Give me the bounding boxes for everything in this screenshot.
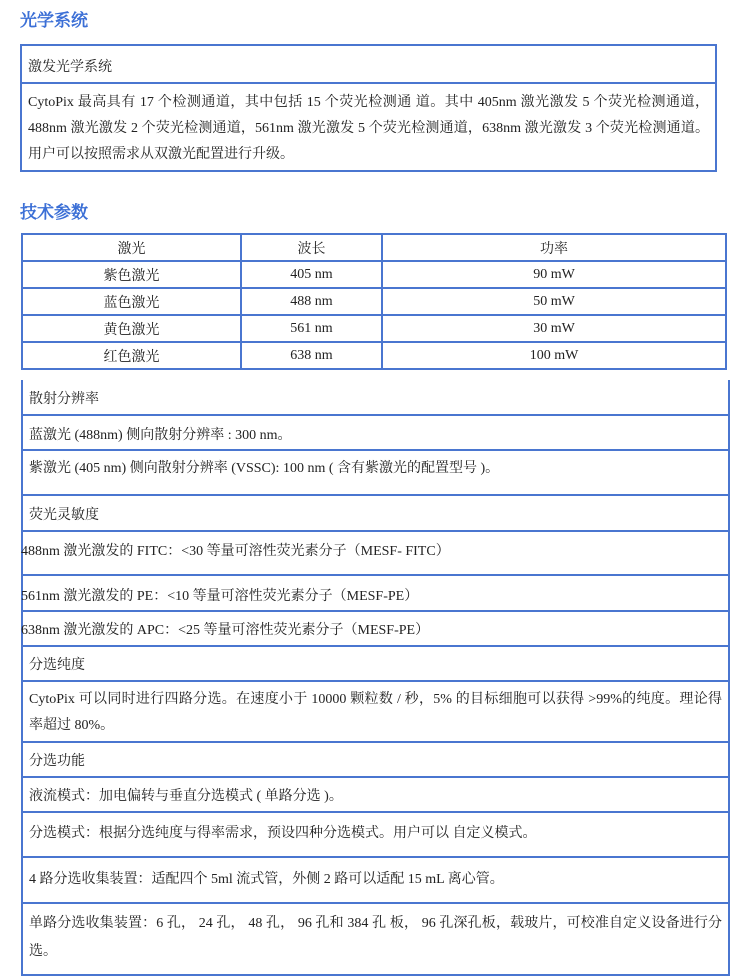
sort-function-item: 液流模式：加电偏转与垂直分选模式 ( 单路分选 )。 <box>23 783 728 811</box>
laser-name: 红色激光 <box>22 342 241 369</box>
header-laser: 激光 <box>22 234 241 261</box>
divider <box>23 414 728 416</box>
sort-function-item: 单路分选收集装置：6 孔， 24 孔， 48 孔， 96 孔和 384 孔 板，… <box>23 910 728 966</box>
laser-power: 50 mW <box>382 288 726 315</box>
fluorescence-sensitivity-item: 561nm 激光激发的 PE：<10 等量可溶性荧光素分子（MESF-PE） <box>21 583 728 611</box>
laser-power: 100 mW <box>382 342 726 369</box>
scatter-resolution-title: 散射分辨率 <box>23 386 728 414</box>
sort-function-item: 分选模式：根据分选纯度与得率需求，预设四种分选模式。用户可以 自定义模式。 <box>23 820 728 848</box>
divider <box>23 449 728 451</box>
divider <box>23 574 728 576</box>
laser-wavelength: 561 nm <box>241 315 382 342</box>
laser-name: 黄色激光 <box>22 315 241 342</box>
table-row: 红色激光 638 nm 100 mW <box>22 342 726 369</box>
section-heading-optics: 光学系统 <box>20 6 88 31</box>
laser-wavelength: 638 nm <box>241 342 382 369</box>
divider <box>23 902 728 904</box>
header-wavelength: 波长 <box>241 234 382 261</box>
sort-purity-title: 分选纯度 <box>23 652 728 680</box>
header-power: 功率 <box>382 234 726 261</box>
fluorescence-sensitivity-title: 荧光灵敏度 <box>23 502 728 530</box>
divider <box>22 82 715 84</box>
laser-name: 紫色激光 <box>22 261 241 288</box>
sort-function-item: 4 路分选收集装置：适配四个 5ml 流式管，外侧 2 路可以适配 15 mL … <box>23 866 728 894</box>
optics-description: CytoPix 最高具有 17 个检测通道，其中包括 15 个荧光检测通 道。其… <box>22 90 715 168</box>
laser-power: 30 mW <box>382 315 726 342</box>
table-row: 黄色激光 561 nm 30 mW <box>22 315 726 342</box>
table-row: 紫色激光 405 nm 90 mW <box>22 261 726 288</box>
divider <box>23 776 728 778</box>
laser-wavelength: 405 nm <box>241 261 382 288</box>
optics-box: 激发光学系统 CytoPix 最高具有 17 个检测通道，其中包括 15 个荧光… <box>20 44 717 172</box>
scatter-resolution-item: 蓝激光 (488nm) 侧向散射分辨率 : 300 nm。 <box>23 422 728 450</box>
divider <box>23 811 728 813</box>
divider <box>23 741 728 743</box>
divider <box>23 856 728 858</box>
laser-power: 90 mW <box>382 261 726 288</box>
laser-table: 激光 波长 功率 紫色激光 405 nm 90 mW 蓝色激光 488 nm 5… <box>21 233 727 370</box>
divider <box>23 645 728 647</box>
fluorescence-sensitivity-item: 488nm 激光激发的 FITC：<30 等量可溶性荧光素分子（MESF- FI… <box>21 538 728 566</box>
laser-name: 蓝色激光 <box>22 288 241 315</box>
divider <box>23 680 728 682</box>
divider <box>23 494 728 496</box>
optics-box-title: 激发光学系统 <box>22 54 715 82</box>
divider <box>23 530 728 532</box>
section-heading-specs: 技术参数 <box>20 198 88 223</box>
sort-purity-text: CytoPix 可以同时进行四路分选。在速度小于 10000 颗粒数 / 秒，5… <box>23 687 728 739</box>
laser-wavelength: 488 nm <box>241 288 382 315</box>
table-row: 蓝色激光 488 nm 50 mW <box>22 288 726 315</box>
fluorescence-sensitivity-item: 638nm 激光激发的 APC：<25 等量可溶性荧光素分子（MESF-PE） <box>21 617 728 645</box>
specs-box: 散射分辨率 蓝激光 (488nm) 侧向散射分辨率 : 300 nm。 紫激光 … <box>21 380 730 976</box>
scatter-resolution-item: 紫激光 (405 nm) 侧向散射分辨率 (VSSC): 100 nm ( 含有… <box>23 455 728 483</box>
table-header-row: 激光 波长 功率 <box>22 234 726 261</box>
divider <box>23 610 728 612</box>
sort-function-title: 分选功能 <box>23 748 728 776</box>
